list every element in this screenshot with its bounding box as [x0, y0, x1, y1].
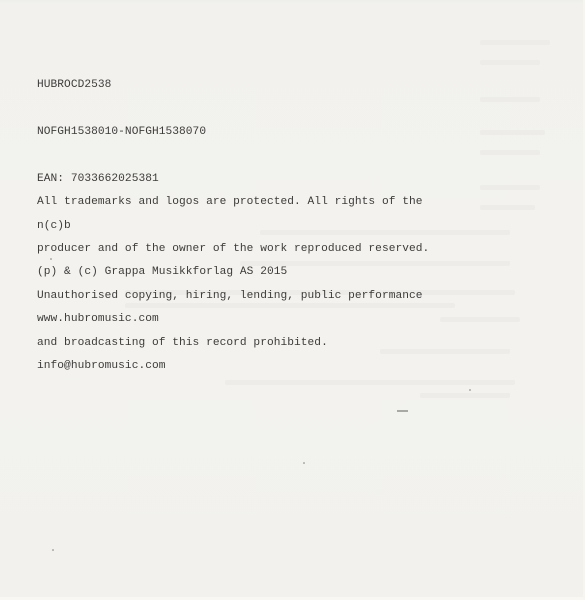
paper-speck — [52, 549, 54, 551]
catalog-number: HUBROCD2538 — [37, 78, 287, 94]
legal-notice-line: Unauthorised copying, hiring, lending, p… — [37, 289, 429, 305]
paper-speck — [303, 462, 305, 464]
legal-notice-line: and broadcasting of this record prohibit… — [37, 336, 429, 352]
legal-notice-line: All trademarks and logos are protected. … — [37, 195, 429, 211]
isrc-range: NOFGH1538010-NOFGH1538070 — [37, 125, 287, 141]
booklet-page: HUBROCD2538 NOFGH1538010-NOFGH1538070 EA… — [0, 0, 585, 600]
legal-notice-line: producer and of the owner of the work re… — [37, 242, 429, 258]
paper-speck — [469, 389, 471, 391]
legal-notice: All trademarks and logos are protected. … — [37, 164, 429, 382]
print-mark — [397, 410, 408, 412]
paper-speck — [50, 258, 52, 260]
